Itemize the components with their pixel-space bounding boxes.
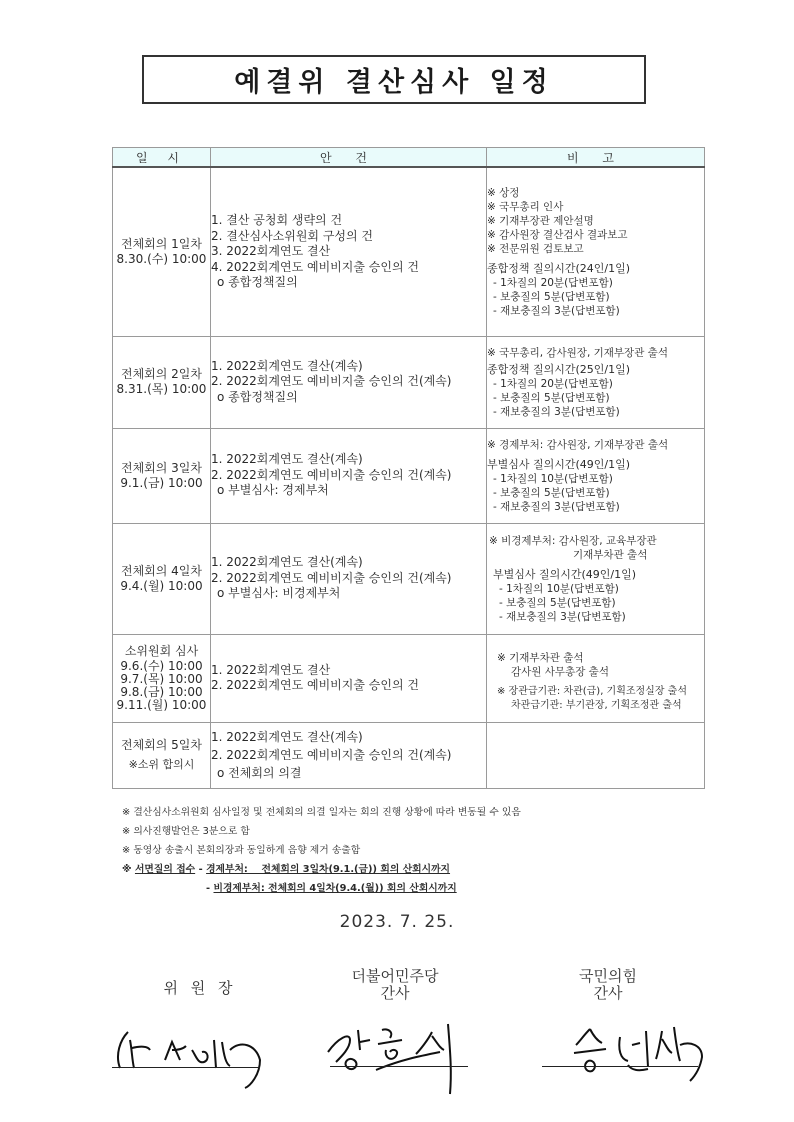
question-time-item: - 재보충질의 3분(답변포함) <box>487 500 704 514</box>
note-item: 기재부차관 출석 <box>489 548 704 562</box>
session-datetime: 8.31.(목) 10:00 <box>113 382 210 397</box>
session-name: 전체회의 3일차 <box>113 461 210 476</box>
question-time-heading: 부별심사 질의시간(49인/1일) <box>487 458 704 472</box>
written-questions-non-economic: 비경제부처: 전체회의 4일차(9.4.(월)) 회의 산회시까지 <box>214 883 457 894</box>
question-time-item: - 보충질의 5분(답변포함) <box>487 290 704 304</box>
session-datetime: 9.7.(목) 10:00 <box>113 673 210 686</box>
header-date: 일 시 <box>113 148 211 168</box>
header-note: 비 고 <box>487 148 705 168</box>
document-date: 2023. 7. 25. <box>0 912 794 932</box>
agenda-item: 1. 2022회계연도 결산(계속) <box>211 728 486 746</box>
date-cell: 전체회의 2일차 8.31.(목) 10:00 <box>113 336 211 428</box>
question-time-item: - 1차질의 10분(답변포함) <box>487 472 704 486</box>
note-cell: ※ 국무총리, 감사원장, 기재부장관 출석 종합정책 질의시간(25인/1일)… <box>487 336 705 428</box>
written-questions-line1: ※ 서면질의 접수 - 경제부처: 전체회의 3일차(9.1.(금)) 회의 산… <box>122 860 521 879</box>
agenda-item: 1. 결산 공청회 생략의 건 <box>211 213 486 229</box>
signatory-democratic-party-title: 더불어민주당 간사 <box>330 968 460 1002</box>
agenda-cell: 1. 2022회계연도 결산(계속) 2. 2022회계연도 예비비지출 승인의… <box>211 336 487 428</box>
note-cell: ※ 경제부처: 감사원장, 기재부장관 출석 부별심사 질의시간(49인/1일)… <box>487 428 705 523</box>
agenda-cell: 1. 2022회계연도 결산 2. 2022회계연도 예비비지출 승인의 건 <box>211 634 487 722</box>
note-item: ※ 비경제부처: 감사원장, 교육부장관 <box>489 534 704 548</box>
session-datetime: 9.4.(월) 10:00 <box>113 579 210 594</box>
table-row: 전체회의 5일차 ※소위 합의시 1. 2022회계연도 결산(계속) 2. 2… <box>113 722 705 788</box>
agenda-item: 2. 결산심사소위원회 구성의 건 <box>211 229 486 245</box>
note-item: ※ 기재부장관 제안설명 <box>487 214 704 228</box>
session-name: 전체회의 5일차 <box>113 735 210 755</box>
note-item: 차관급기관: 부기관장, 기획조정관 출석 <box>497 699 704 713</box>
document-title: 예결위 결산심사 일정 <box>234 60 554 99</box>
note-item: ※ 기재부차관 출석 <box>497 651 704 665</box>
agenda-item: 4. 2022회계연도 예비비지출 승인의 건 <box>211 260 486 276</box>
note-cell: ※ 비경제부처: 감사원장, 교육부장관 기재부차관 출석 부별심사 질의시간(… <box>487 523 705 634</box>
session-datetime: 9.11.(월) 10:00 <box>113 699 210 712</box>
agenda-item: 1. 2022회계연도 결산(계속) <box>211 359 486 375</box>
title-box: 예결위 결산심사 일정 <box>142 55 646 104</box>
schedule-table: 일 시 안 건 비 고 전체회의 1일차 8.30.(수) 10:00 1. 결… <box>112 147 705 789</box>
session-name: 전체회의 2일차 <box>113 367 210 382</box>
note-item: 감사원 사무총장 출석 <box>497 665 704 679</box>
question-time-item: - 1차질의 20분(답변포함) <box>487 276 704 290</box>
note-cell: ※ 기재부차관 출석 감사원 사무총장 출석 ※ 장관급기관: 차관(급), 기… <box>487 634 705 722</box>
question-time-item: - 보충질의 5분(답변포함) <box>487 391 704 405</box>
table-row: 전체회의 4일차 9.4.(월) 10:00 1. 2022회계연도 결산(계속… <box>113 523 705 634</box>
written-questions-label: 서면질의 접수 <box>135 864 195 875</box>
session-name: 전체회의 4일차 <box>113 564 210 579</box>
note-item: ※ 경제부처: 감사원장, 기재부장관 출석 <box>487 438 704 452</box>
note-cell-empty <box>487 722 705 788</box>
signatory-chair-title: 위 원 장 <box>140 980 260 997</box>
table-row: 전체회의 2일차 8.31.(목) 10:00 1. 2022회계연도 결산(계… <box>113 336 705 428</box>
footnote: ※ 결산심사소위원회 심사일정 및 전체회의 의결 일자는 회의 진행 상황에 … <box>122 803 521 822</box>
signature-line <box>112 1067 260 1068</box>
signature-chair <box>110 1020 270 1090</box>
header-agenda: 안 건 <box>211 148 487 168</box>
question-time-item: - 보충질의 5분(답변포함) <box>489 596 704 610</box>
footnote: ※ 동영상 송출시 본회의장과 동일하게 음향 제거 송출함 <box>122 841 521 860</box>
question-time-item: - 1차질의 20분(답변포함) <box>487 377 704 391</box>
question-time-heading: 부별심사 질의시간(49인/1일) <box>489 568 704 582</box>
session-name: 소위원회 심사 <box>113 645 210 658</box>
agenda-subitem: o 부별심사: 비경제부처 <box>211 586 486 602</box>
signature-ppp <box>570 1015 720 1085</box>
table-row: 전체회의 3일차 9.1.(금) 10:00 1. 2022회계연도 결산(계속… <box>113 428 705 523</box>
date-cell: 전체회의 5일차 ※소위 합의시 <box>113 722 211 788</box>
table-row: 전체회의 1일차 8.30.(수) 10:00 1. 결산 공청회 생략의 건 … <box>113 167 705 336</box>
session-condition: ※소위 합의시 <box>113 755 210 775</box>
question-time-item: - 재보충질의 3분(답변포함) <box>487 405 704 419</box>
agenda-item: 2. 2022회계연도 예비비지출 승인의 건 <box>211 678 486 694</box>
agenda-item: 1. 2022회계연도 결산(계속) <box>211 452 486 468</box>
signatory-ppp-title: 국민의힘 간사 <box>548 968 668 1002</box>
agenda-cell: 1. 2022회계연도 결산(계속) 2. 2022회계연도 예비비지출 승인의… <box>211 722 487 788</box>
agenda-item: 2. 2022회계연도 예비비지출 승인의 건(계속) <box>211 571 486 587</box>
note-item: ※ 국무총리 인사 <box>487 200 704 214</box>
footnotes: ※ 결산심사소위원회 심사일정 및 전체회의 의결 일자는 회의 진행 상황에 … <box>122 803 521 898</box>
session-datetime: 8.30.(수) 10:00 <box>113 252 210 267</box>
session-datetime: 9.8.(금) 10:00 <box>113 686 210 699</box>
date-cell: 전체회의 1일차 8.30.(수) 10:00 <box>113 167 211 336</box>
agenda-item: 3. 2022회계연도 결산 <box>211 244 486 260</box>
signature-line <box>330 1066 468 1067</box>
note-item: ※ 상정 <box>487 186 704 200</box>
date-cell: 전체회의 3일차 9.1.(금) 10:00 <box>113 428 211 523</box>
written-questions-economic: 경제부처: 전체회의 3일차(9.1.(금)) 회의 산회시까지 <box>206 864 450 875</box>
session-name: 전체회의 1일차 <box>113 237 210 252</box>
note-item: ※ 전문위원 검토보고 <box>487 242 704 256</box>
agenda-item: 2. 2022회계연도 예비비지출 승인의 건(계속) <box>211 374 486 390</box>
question-time-item: - 재보충질의 3분(답변포함) <box>487 304 704 318</box>
session-datetime: 9.1.(금) 10:00 <box>113 476 210 491</box>
note-item: ※ 감사원장 결산검사 결과보고 <box>487 228 704 242</box>
question-time-heading: 종합정책 질의시간(24인/1일) <box>487 262 704 276</box>
agenda-item: 2. 2022회계연도 예비비지출 승인의 건(계속) <box>211 468 486 484</box>
agenda-cell: 1. 2022회계연도 결산(계속) 2. 2022회계연도 예비비지출 승인의… <box>211 428 487 523</box>
agenda-item: 2. 2022회계연도 예비비지출 승인의 건(계속) <box>211 746 486 764</box>
date-cell: 소위원회 심사 9.6.(수) 10:00 9.7.(목) 10:00 9.8.… <box>113 634 211 722</box>
agenda-cell: 1. 2022회계연도 결산(계속) 2. 2022회계연도 예비비지출 승인의… <box>211 523 487 634</box>
agenda-item: 1. 2022회계연도 결산 <box>211 663 486 679</box>
agenda-item: 1. 2022회계연도 결산(계속) <box>211 555 486 571</box>
written-questions-line2: - 비경제부처: 전체회의 4일차(9.4.(월)) 회의 산회시까지 <box>122 879 521 898</box>
agenda-subitem: o 부별심사: 경제부처 <box>211 483 486 499</box>
note-item: ※ 국무총리, 감사원장, 기재부장관 출석 <box>487 346 704 360</box>
agenda-subitem: o 전체회의 의결 <box>211 764 486 782</box>
question-time-item: - 1차질의 10분(답변포함) <box>489 582 704 596</box>
agenda-cell: 1. 결산 공청회 생략의 건 2. 결산심사소위원회 구성의 건 3. 202… <box>211 167 487 336</box>
footnote: ※ 의사진행발언은 3분으로 함 <box>122 822 521 841</box>
note-item: ※ 장관급기관: 차관(급), 기획조정실장 출석 <box>497 685 704 699</box>
question-time-item: - 보충질의 5분(답변포함) <box>487 486 704 500</box>
date-cell: 전체회의 4일차 9.4.(월) 10:00 <box>113 523 211 634</box>
table-row: 소위원회 심사 9.6.(수) 10:00 9.7.(목) 10:00 9.8.… <box>113 634 705 722</box>
session-datetime: 9.6.(수) 10:00 <box>113 660 210 673</box>
signature-line <box>542 1066 698 1067</box>
table-header-row: 일 시 안 건 비 고 <box>113 148 705 168</box>
question-time-heading: 종합정책 질의시간(25인/1일) <box>487 363 704 377</box>
agenda-subitem: o 종합정책질의 <box>211 390 486 406</box>
signature-democratic-party <box>320 1010 490 1095</box>
agenda-subitem: o 종합정책질의 <box>211 275 486 291</box>
question-time-item: - 재보충질의 3분(답변포함) <box>489 610 704 624</box>
note-cell: ※ 상정 ※ 국무총리 인사 ※ 기재부장관 제안설명 ※ 감사원장 결산검사 … <box>487 167 705 336</box>
